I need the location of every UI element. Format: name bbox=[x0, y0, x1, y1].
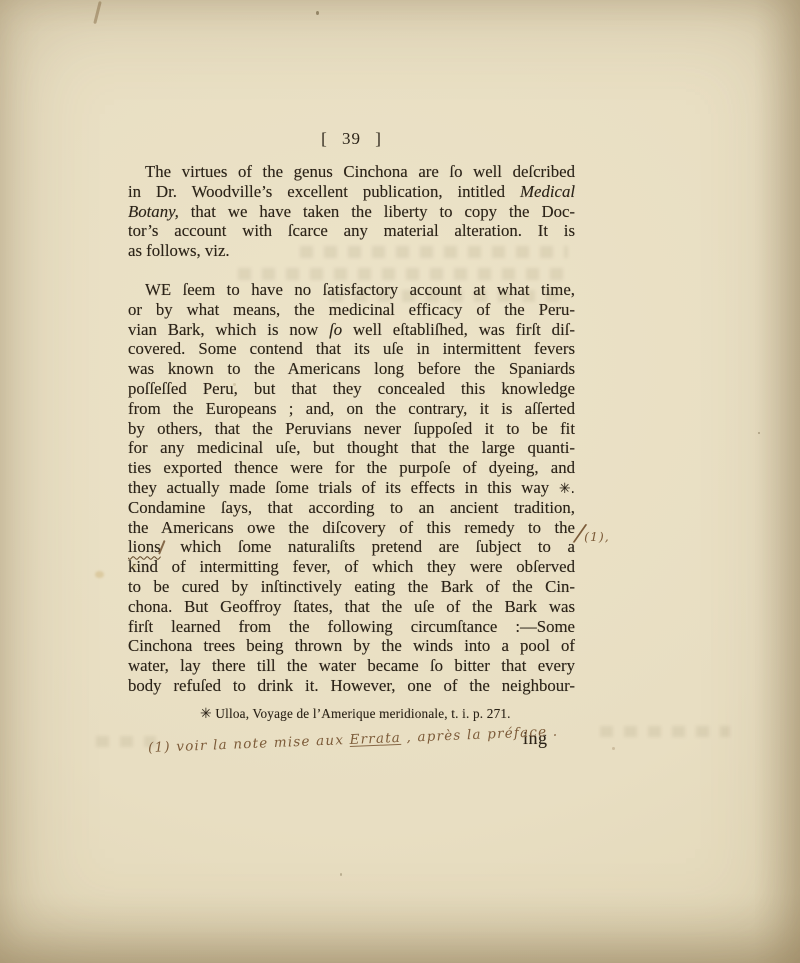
text-line: firſt learned from the following circumſ… bbox=[128, 617, 575, 637]
text-line: Condamine ſays, that according to an anc… bbox=[128, 498, 575, 518]
text-line: they actually made ſome trials of its ef… bbox=[128, 478, 575, 498]
page-number-header: [ 39 ] bbox=[128, 129, 575, 149]
text-line: vian Bark, which is now ſo well eſtabliſ… bbox=[128, 320, 575, 340]
paper-edge-shadow-right bbox=[754, 0, 800, 963]
ink-bleedthrough bbox=[600, 726, 730, 737]
text-line: WE ſeem to have no ſatisfactory account … bbox=[128, 280, 575, 300]
text-line: as follows, viz. bbox=[128, 241, 575, 261]
paper-speck bbox=[340, 873, 342, 876]
text-line: Botany, that we have taken the liberty t… bbox=[128, 202, 575, 222]
handwritten-errata-word: Errata bbox=[349, 730, 401, 748]
text-line: was known to the Americans long before t… bbox=[128, 359, 575, 379]
text-line: body refuſed to drink it. However, one o… bbox=[128, 676, 575, 696]
text-line: or by what means, the medicinal efficacy… bbox=[128, 300, 575, 320]
footnote-marker: ✳ bbox=[200, 706, 212, 722]
ink-bleedthrough bbox=[238, 268, 568, 280]
text-line-lions: lions which ſome naturaliſts pretend are… bbox=[128, 537, 575, 557]
text-line: ties exported thence were for the purpoſ… bbox=[128, 458, 575, 478]
book-page: [ 39 ] The virtues of the genus Cinchona… bbox=[0, 0, 800, 963]
text-line: the Americans owe the diſcovery of this … bbox=[128, 518, 575, 538]
italic-word: Medical bbox=[520, 182, 575, 201]
text-line: in Dr. Woodville’s excellent publication… bbox=[128, 182, 575, 202]
paper-edge-shadow-bottom bbox=[0, 893, 800, 963]
footnote-text: Ulloa, Voyage de l’Amerique meridionale,… bbox=[212, 706, 511, 721]
underlined-word-lions: lions bbox=[128, 537, 161, 556]
text-line: for any medicinal uſe, but thought that … bbox=[128, 438, 575, 458]
paper-speck bbox=[612, 747, 615, 750]
asterisk-marker: ✳. bbox=[559, 481, 575, 497]
text-line: to be cured by inſtinctively eating the … bbox=[128, 577, 575, 597]
text-line: tor’s account with ſcarce any material a… bbox=[128, 221, 575, 241]
text-line: chona. But Geoffroy ſtates, that the uſe… bbox=[128, 597, 575, 617]
text-line: from the Europeans ; and, on the contrar… bbox=[128, 399, 575, 419]
footnote: ✳ Ulloa, Voyage de l’Amerique meridional… bbox=[200, 706, 511, 722]
text-line: kind of intermitting fever, of which the… bbox=[128, 557, 575, 577]
text-line: by others, that the Peruvians never ſupp… bbox=[128, 419, 575, 439]
italic-word: ſo bbox=[329, 320, 342, 339]
paper-speck bbox=[95, 571, 104, 578]
paper-speck bbox=[316, 11, 319, 15]
handwritten-footnote: (1) voir la note mise aux Errata , après… bbox=[148, 726, 500, 756]
handwritten-margin-annotation: /(1), bbox=[576, 523, 610, 545]
text-line: poſſeſſed Peru, but that they concealed … bbox=[128, 379, 575, 399]
text-line: covered. Some contend that its uſe in in… bbox=[128, 339, 575, 359]
intro-paragraph: The virtues of the genus Cinchona are ſo… bbox=[128, 162, 575, 261]
text-line: Cinchona trees being thrown by the winds… bbox=[128, 636, 575, 656]
pen-mark-top-left bbox=[93, 1, 101, 24]
main-paragraph: WE ſeem to have no ſatisfactory account … bbox=[128, 280, 575, 696]
text-line: water, lay there till the water became ſ… bbox=[128, 656, 575, 676]
annotation-ref: (1), bbox=[584, 529, 610, 544]
text-line: The virtues of the genus Cinchona are ſo… bbox=[128, 162, 575, 182]
italic-word: Botany, bbox=[128, 202, 179, 221]
